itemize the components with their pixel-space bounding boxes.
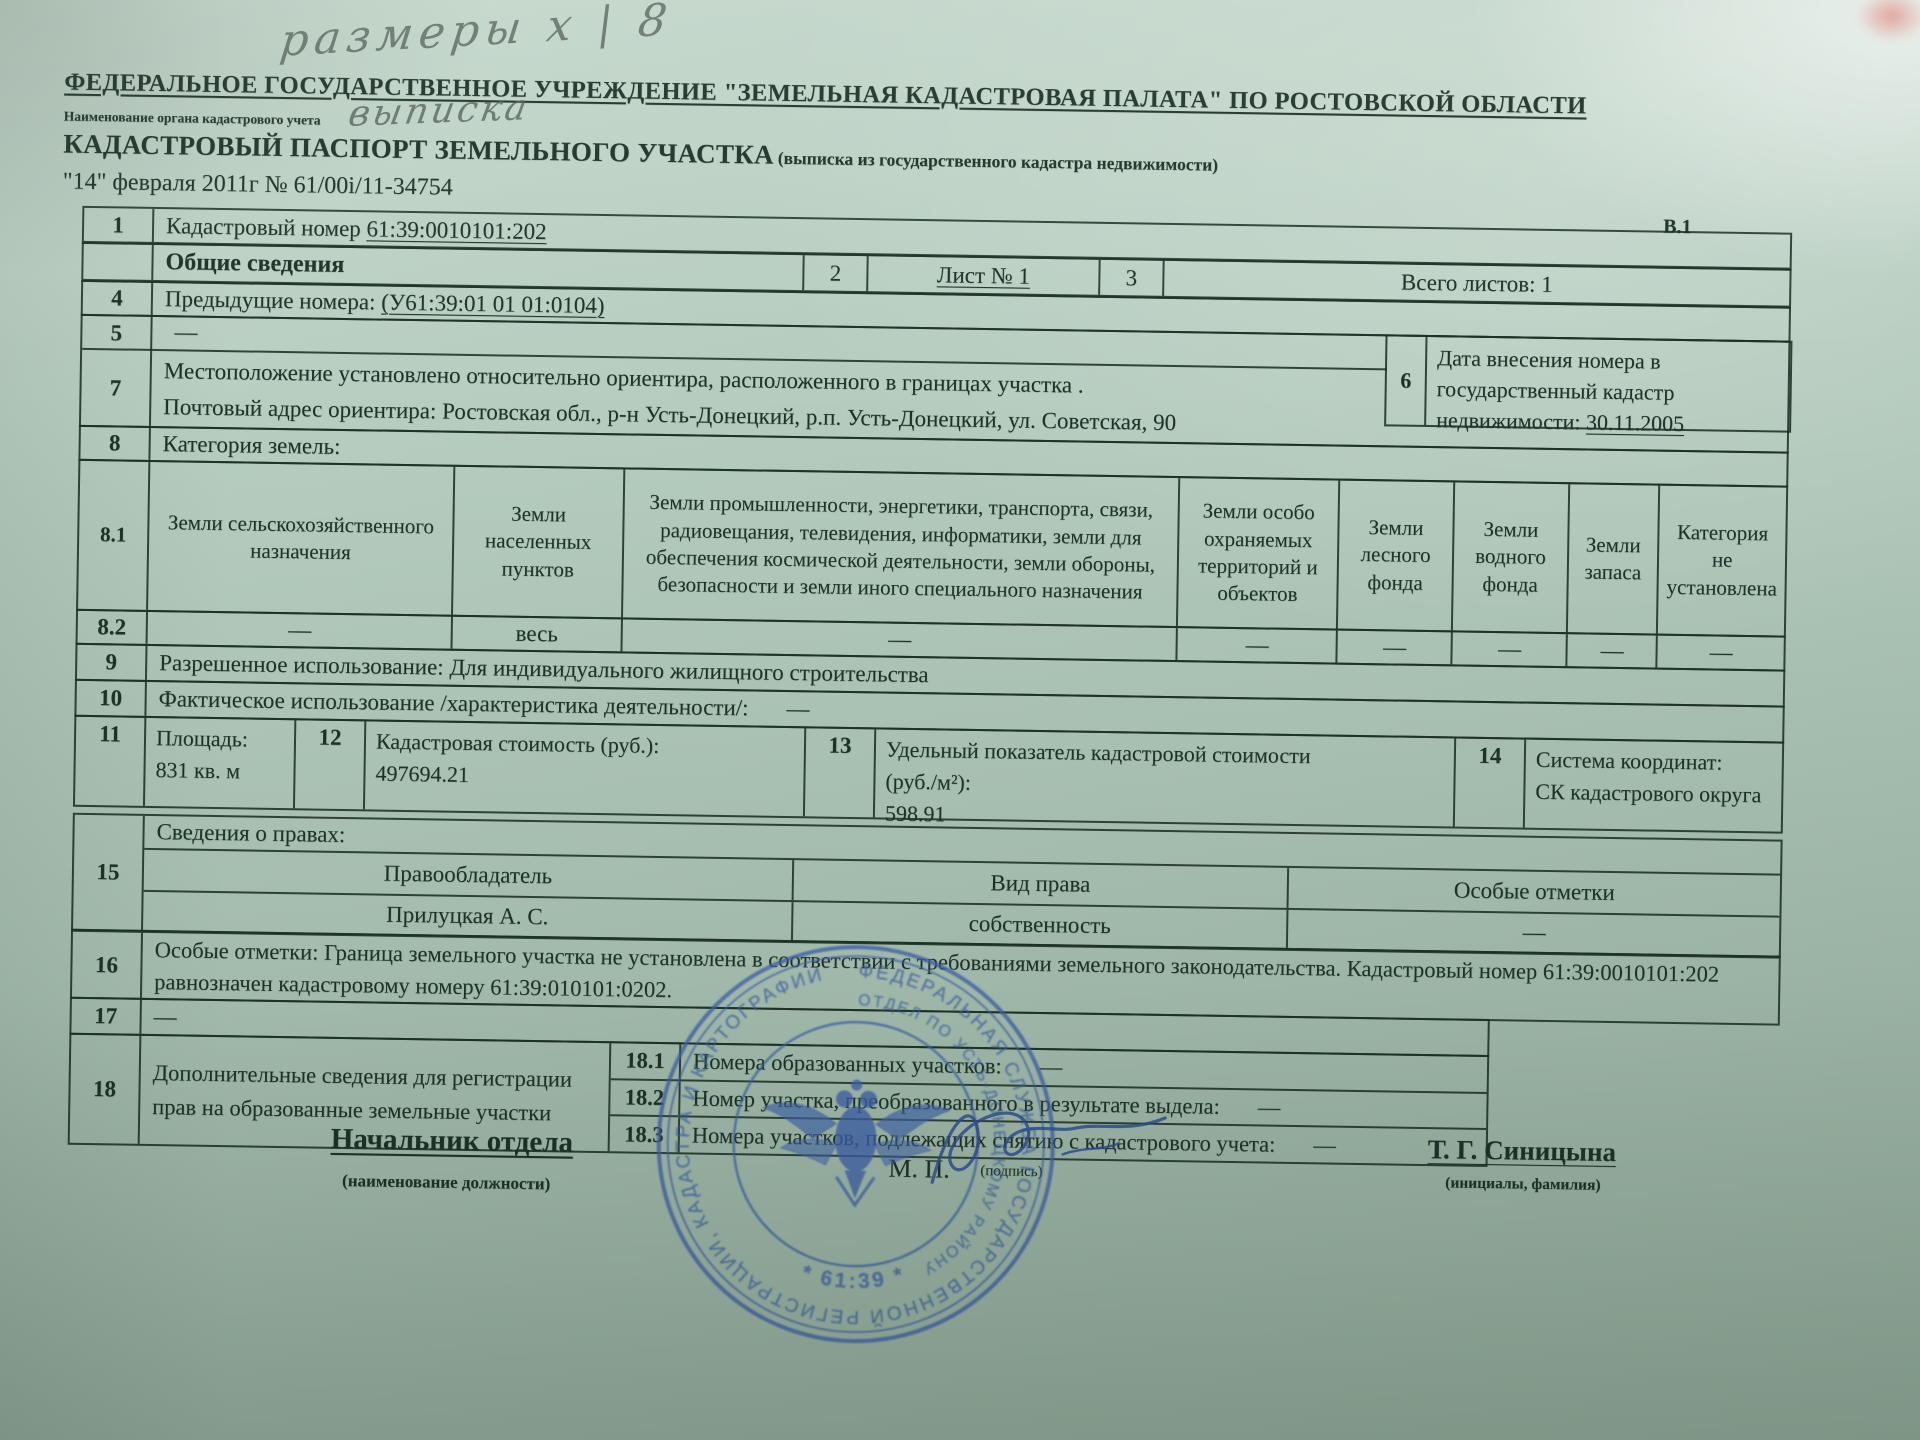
area-value: 831 кв. м [155,754,283,788]
row-number: 15 [73,815,145,930]
row-number: 11 [75,717,146,806]
category-col-not-set: Категория не установлена [1658,486,1787,636]
row-number: 9 [77,645,148,680]
coordinate-system-value: СК кадастрового округа [1535,776,1771,812]
category-col-protected: Земли особо охраняемых территорий и объе… [1178,478,1340,628]
handwritten-signature [912,1082,1184,1226]
row5-dash: — [174,319,196,345]
cadastral-passport-document: размеры х | 8 ФЕДЕРАЛЬНОЕ ГОСУДАРСТВЕННО… [9,40,1830,1428]
subrow-dash: — [1313,1132,1335,1158]
page-subtitle: (выписка из государственного кадастра не… [778,148,1219,175]
cadastral-number-value: 61:39:0010101:202 [366,216,547,245]
photo-of-document: { "page": { "handwritten_top": "размеры … [0,0,1920,1440]
spacer [1275,1144,1313,1145]
category-value: — [1657,636,1783,670]
document-date-number: "14" февраля 2011г № 61/00i/11-34754 [63,169,453,202]
category-value: — [148,612,453,649]
cell-3: 3 [1098,260,1163,296]
category-col-forest: Земли лесного фонда [1338,481,1455,631]
cadastral-cost-cell: Кадастровая стоимость (руб.): 497694.21 [365,721,806,816]
spacer [1220,1107,1258,1108]
photo-background: размеры х | 8 ФЕДЕРАЛЬНОЕ ГОСУДАРСТВЕННО… [0,0,1920,1440]
handwritten-pencil-note: размеры х | 8 [277,0,675,67]
category-value: — [1337,631,1452,665]
coordinate-system-label: Система координат: [1536,744,1772,780]
registration-date-cell: Дата внесения номера в государственный к… [1426,337,1790,431]
cell-2: 2 [802,255,867,291]
handwritten-caption-note: выписка [345,87,533,135]
subrow-dash: — [1258,1094,1280,1120]
photo-corner-artifact [1856,0,1920,42]
area-cell: Площадь: 831 кв. м [145,718,296,808]
row-number: 6 [1386,336,1427,425]
category-value: — [1567,634,1657,667]
rights-header-kind: Вид права [794,860,1290,908]
row-number: 17 [71,999,142,1034]
previous-numbers-label: Предыдущие номера: [165,286,376,315]
official-name-caption: (инициалы, фамилия) [1445,1174,1601,1194]
row-number: 8.2 [78,611,148,644]
official-name: Т. Г. Синицына [1428,1134,1617,1168]
rights-header-notes: Особые отметки [1289,868,1781,916]
row-number: 8.1 [78,461,150,610]
org-header: ФЕДЕРАЛЬНОЕ ГОСУДАРСТВЕННОЕ УЧРЕЖДЕНИЕ "… [64,69,1824,125]
specific-cost-cell: Удельный показатель кадастровой стоимост… [875,729,1456,826]
cadastral-cost-value: 497694.21 [375,757,793,795]
registration-date-box: 6 Дата внесения номера в государственный… [1384,334,1792,432]
category-col-agricultural: Земли сельскохозяйственного назначения [148,462,455,615]
spacer [749,708,787,709]
sheet-number: Лист № 1 [866,256,1099,295]
category-col-settlements: Земли населенных пунктов [453,467,625,618]
category-col-water: Земли водного фонда [1453,482,1570,632]
registration-date-value: 30.11.2005 [1586,409,1685,436]
row-number-empty [83,244,154,280]
category-value-settlements: весь [452,617,622,652]
row-number: 12 [295,720,366,809]
position-title: Начальник отдела [331,1123,574,1160]
row-number: 14 [1455,738,1526,827]
coordinate-system-cell: Система координат: СК кадастрового округ… [1525,740,1782,832]
category-col-industry: Земли промышленности, энергетики, трансп… [623,469,1180,626]
category-value: — [1177,628,1337,663]
row-number: 5 [82,316,153,351]
row-number: 18 [70,1035,142,1144]
category-value: — [1452,632,1567,666]
cadastral-number-label: Кадастровый номер [166,213,361,242]
area-label: Площадь: [156,722,284,756]
row-number: 10 [76,681,147,716]
previous-numbers-value: (У61:39:01 01 01:0104) [381,290,605,320]
row-number: 8 [80,427,150,460]
category-header-row: 8.1 Земли сельскохозяйственного назначен… [76,459,1788,638]
row-number: 13 [805,728,876,817]
org-caption: Наименование органа кадастрового учета [64,109,321,129]
row-number: 7 [81,350,152,426]
category-col-reserve: Земли запаса [1568,484,1660,633]
row-number: 4 [83,282,153,315]
row-number: 16 [72,932,143,998]
page-title: КАДАСТРОВЫЙ ПАСПОРТ ЗЕМЕЛЬНОГО УЧАСТКА [63,129,774,170]
actual-use-dash: — [786,696,808,722]
position-caption: (наименование должности) [342,1171,550,1194]
row-number: 1 [84,208,155,242]
actual-use-label: Фактическое использование /характеристик… [158,686,748,721]
